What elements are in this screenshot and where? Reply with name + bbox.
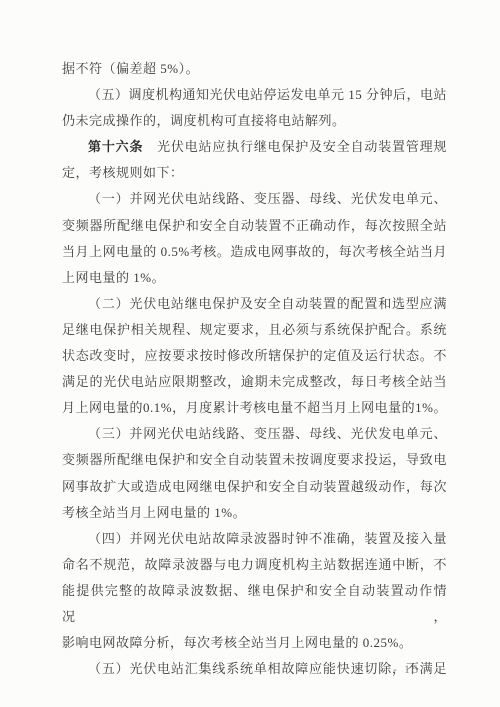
text-line: （三）并网光伏电站线路、变压器、母线、光伏发电单元、 — [62, 421, 447, 447]
document-body-text: 据不符（偏差超 5%）。 （五）调度机构通知光伏电站停运发电单元 15 分钟后，… — [62, 56, 447, 682]
text-line-article-heading: 第十六条 光伏电站应执行继电保护及安全自动装置管理规 — [62, 134, 447, 160]
text-line: 变频器所配继电保护和安全自动装置未按调度要求投运，导致电 — [62, 447, 447, 473]
scanned-document-page: 据不符（偏差超 5%）。 （五）调度机构通知光伏电站停运发电单元 15 分钟后，… — [0, 0, 500, 707]
text-line: 考核全站当月上网电量的 1%。 — [62, 500, 447, 526]
text-line: 命名不规范，故障录波器与电力调度机构主站数据连通中断，不 — [62, 552, 447, 578]
text-line: 据不符（偏差超 5%）。 — [62, 56, 447, 82]
text-line: 当月上网电量的 0.5%考核。造成电网事故的，每次考核全站当月 — [62, 239, 447, 265]
article-heading-text: 光伏电站应执行继电保护及安全自动装置管理规 — [143, 139, 447, 154]
text-line: 网事故扩大或造成电网继电保护和安全自动装置越级动作，每次 — [62, 474, 447, 500]
text-line: 变频器所配继电保护和安全自动装置不正确动作，每次按照全站 — [62, 213, 447, 239]
text-line: （五）光伏电站汇集线系统单相故障应能快速切除，不满足 — [62, 656, 447, 682]
text-line: （二）光伏电站继电保护及安全自动装置的配置和选型应满 — [62, 291, 447, 317]
text-line: （五）调度机构通知光伏电站停运发电单元 15 分钟后，电站 — [62, 82, 447, 108]
text-line: （四）并网光伏电站故障录波器时钟不准确，装置及接入量 — [62, 526, 447, 552]
page-number: - 15 - — [393, 662, 431, 677]
text-line: 能提供完整的故障录波数据、继电保护和安全自动装置动作情况， — [62, 578, 447, 630]
text-line: （一）并网光伏电站线路、变压器、母线、光伏发电单元、 — [62, 186, 447, 212]
text-line: 足继电保护相关规程、规定要求，且必须与系统保护配合。系统 — [62, 317, 447, 343]
text-line: 上网电量的 1%。 — [62, 265, 447, 291]
text-line: 状态改变时，应按要求按时修改所辖保护的定值及运行状态。不 — [62, 343, 447, 369]
text-line: 满足的光伏电站应限期整改，逾期未完成整改，每日考核全站当 — [62, 369, 447, 395]
text-line: 月上网电量的0.1%，月度累计考核电量不超当月上网电量的1%。 — [62, 395, 447, 421]
text-line: 仍未完成操作的，调度机构可直接将电站解列。 — [62, 108, 447, 134]
article-number: 第十六条 — [88, 139, 143, 154]
text-line: 影响电网故障分析，每次考核全站当月上网电量的 0.25%。 — [62, 630, 447, 656]
text-line: 定，考核规则如下： — [62, 160, 447, 186]
